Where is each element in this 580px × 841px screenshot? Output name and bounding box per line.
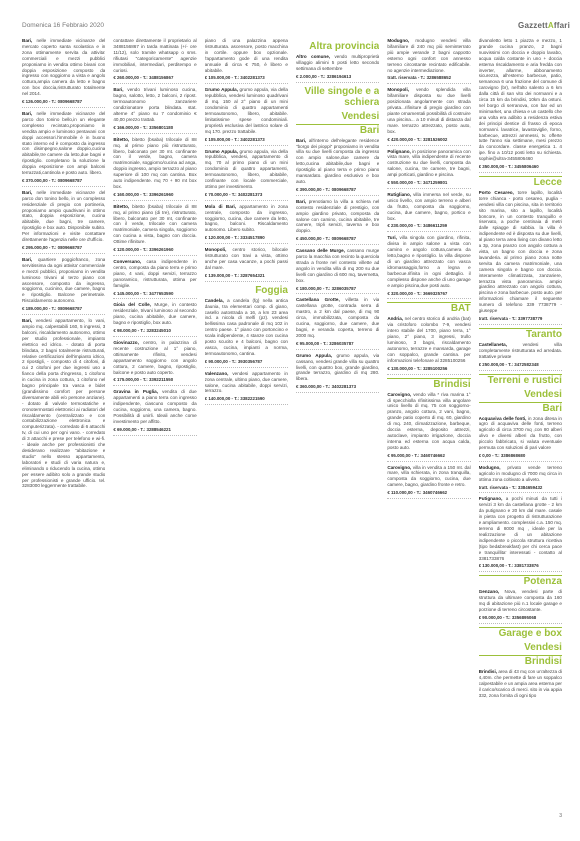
ad-location: Bari, bbox=[22, 111, 32, 116]
ad-text: nel centro storico di andria (bat) via c… bbox=[387, 316, 470, 362]
ad-price-phone: € 2.000,00 - T.: 3286194613 bbox=[296, 74, 379, 83]
ad-body: Castellaneta, vendesi villa completament… bbox=[479, 342, 562, 360]
ad-body: Carovigno, vendo villa * riva marina 1° … bbox=[387, 392, 470, 451]
publication-logo: GazzettAffari bbox=[518, 21, 570, 30]
classified-ad: Grumo Appula, grumo appula, via della re… bbox=[205, 87, 288, 145]
ad-location: Bari, bbox=[296, 199, 306, 204]
classified-ad: Bitetto, bitetto (bsaba) trilocale di 88… bbox=[113, 137, 196, 201]
ad-price-phone: € 260.000,00 - T.: 3488156867 bbox=[113, 75, 196, 84]
classified-ad: Modugno, modugno vendesi villa bifamilia… bbox=[387, 38, 470, 84]
ad-body: Giovinazzo, centro, in palazzina di rece… bbox=[113, 340, 196, 375]
ad-price-phone: € 145.000,00 - T.: 3477653590 bbox=[113, 291, 196, 300]
ad-body: Bari, prenotiamo la villa a schiera nel … bbox=[296, 199, 379, 234]
ad-body: Candela, a candela (fg) nella antica dau… bbox=[205, 298, 288, 357]
ad-price-phone: € 320.000,00 - T.: 3669325767 bbox=[387, 291, 470, 300]
ad-text: grumo appula, via della repubblica, vend… bbox=[205, 149, 288, 189]
ad-price-phone: € 140.000,00 - T.: 3382221590 bbox=[205, 396, 288, 405]
classified-ad: Bari, quartiere poggiofranco, zona servi… bbox=[22, 257, 105, 315]
ad-location: Bari, bbox=[296, 138, 306, 143]
classified-ad: Gioia del Colle, Murge, in contesto resi… bbox=[113, 302, 196, 337]
section-heading: Vendesi bbox=[296, 111, 379, 122]
ad-body: Carovigno, villa in vendita a 150 mt. da… bbox=[387, 465, 470, 489]
classified-ad: Brindisi, area di 43 mq con un'altezza d… bbox=[479, 669, 562, 699]
ad-price-phone: € 230.000,00 - T.: 3486611259 bbox=[387, 223, 470, 232]
issue-date: Domenica 16 Febbraio 2020 bbox=[22, 22, 104, 29]
classified-ad: Acquaviva delle fonti, in zona ditesa in… bbox=[479, 416, 562, 462]
ad-price-phone: € 130.000,00 - T.: 3381733876 bbox=[479, 563, 562, 572]
ad-price-phone: € 189.000,00 - T.: 0809668787 bbox=[22, 306, 105, 315]
ad-text: villa singola con giardino, rifinita, di… bbox=[387, 235, 470, 287]
classified-ad: Cassano delle Murge, cassano murge parco… bbox=[296, 248, 379, 294]
ad-text: prenotiamo la villa a schiera nel contes… bbox=[296, 199, 379, 234]
section-heading: Altra provincia bbox=[296, 41, 379, 52]
ad-price-phone: € 105.000,00 - T.: 3402281373 bbox=[205, 75, 288, 84]
ad-price-phone: € 360.000,00 - T.: 3402281373 bbox=[296, 384, 379, 393]
ad-body: Grumo Appula, grumo appula, via della re… bbox=[205, 149, 288, 190]
ad-location: Bari, bbox=[22, 257, 32, 262]
ad-text: all'interno dell'elegante residence "bor… bbox=[296, 138, 379, 184]
ad-text: vendita di due appartamenti a piano terr… bbox=[113, 389, 196, 424]
ad-body: Brindisi, area di 43 mq con un'altezza d… bbox=[479, 669, 562, 699]
ad-price-phone: € 70.000,00 - T.: 3402281373 bbox=[205, 192, 288, 201]
page-number: 3 bbox=[559, 813, 562, 819]
ad-price-phone: tratt. riservata - T.: 3286588652 bbox=[387, 75, 470, 84]
ad-body: Acquaviva delle fonti, in zona ditesa in… bbox=[479, 416, 562, 451]
ad-location: Monopoli, bbox=[205, 247, 227, 252]
ad-location: Carovigno, bbox=[387, 465, 411, 470]
classified-ad: Bari, nelle immediate vicinanze del parc… bbox=[22, 190, 105, 254]
ad-body: Grumo Appula, grumo appula, via cassano,… bbox=[296, 353, 379, 383]
classified-ad: Castellana Grotte, villetta in via caste… bbox=[296, 297, 379, 349]
ad-location: Bitetto, bbox=[113, 137, 129, 142]
classified-ad: Bari, all'interno dell'elegante residenc… bbox=[296, 138, 379, 196]
ad-location: Modugno, bbox=[479, 465, 501, 470]
ad-price-phone: € 0,00 - T.: 3386868680 bbox=[479, 453, 562, 462]
ad-text: nelle immediate vicinanze del parco don … bbox=[22, 111, 105, 175]
ad-text: quartiere poggiofranco, zona servitissim… bbox=[22, 257, 105, 303]
ad-location: Mola di Bari, bbox=[205, 204, 236, 209]
ad-body: Gioia del Colle, Murge, in contesto resi… bbox=[113, 302, 196, 326]
ad-price-phone: € 370.000,00 - T.: 0809668787 bbox=[22, 178, 105, 187]
classifieds-columns: Bari, nelle immediate vicinanze del merc… bbox=[22, 38, 562, 828]
section-heading: BAT bbox=[387, 302, 470, 314]
ad-body: Mola di Bari, appartamento in zona centr… bbox=[205, 204, 288, 234]
ad-body: Bitetto, bitetto (bsaba) trilocale di 88… bbox=[113, 204, 196, 245]
classified-ad: Bari, nelle immediate vicinanze del parc… bbox=[22, 111, 105, 187]
classified-ad: Rutigliano, villa immersa nel verde, su … bbox=[387, 192, 470, 232]
ad-price-phone: € 390.000,00 - T.: 0809668787 bbox=[296, 187, 379, 196]
section-heading: Brindisi bbox=[479, 655, 562, 667]
ad-price-phone: € 160.000,00 - T.: 3396261960 bbox=[113, 192, 196, 201]
ad-price-phone: € 98.000,00 - T.: 3283245010 bbox=[113, 328, 196, 337]
ad-text: nelle immediate vicinanze del parco don … bbox=[22, 190, 105, 242]
ad-location: Carovigno, bbox=[387, 392, 411, 397]
ad-location: Giovinazzo, bbox=[113, 340, 139, 345]
ad-body: Bari, quartiere poggiofranco, zona servi… bbox=[22, 257, 105, 304]
ad-body: Polignano, in posizione panoramica con v… bbox=[387, 149, 470, 179]
ad-body: Gravina in Puglia, vendita di due appart… bbox=[113, 389, 196, 424]
classified-ad: Genzano, Nova, vendesi parte di struttur… bbox=[479, 589, 562, 624]
ad-price-phone: € 450.000,00 - T.: 0809668787 bbox=[296, 236, 379, 245]
ad-price-phone: € 350.000,00 - T.: 3455806460 bbox=[479, 164, 562, 173]
classified-ad: Giovinazzo, centro, in palazzina di rece… bbox=[113, 340, 196, 386]
ad-body: Altro comune, vendo multiproprietà villa… bbox=[296, 54, 379, 72]
ad-text: piano di una palazzina appena ristruttur… bbox=[205, 38, 288, 73]
section-heading: Brindisi bbox=[387, 378, 470, 390]
column-4: Altra provinciaAltro comune, vendo multi… bbox=[296, 38, 379, 828]
classified-ad: Grumo Appula, grumo appula, via cassano,… bbox=[296, 353, 379, 393]
ad-price-phone: € 550.000,00 - T.: 3471259801 bbox=[387, 180, 470, 189]
classified-ad: Candela, a candela (fg) nella antica dau… bbox=[205, 298, 288, 368]
classified-ad: Bari, nelle immediate vicinanze del merc… bbox=[22, 38, 105, 108]
section-heading: Potenza bbox=[479, 575, 562, 587]
ad-body: piano di una palazzina appena ristruttur… bbox=[205, 38, 288, 73]
ad-body: Porto Cesareo, torre lapillo, località t… bbox=[479, 190, 562, 314]
ad-location: Cassano delle Murge, bbox=[296, 248, 345, 253]
page-header: Domenica 16 Febbraio 2020 GazzettAffari bbox=[22, 22, 570, 34]
section-heading: Vendesi bbox=[479, 642, 562, 653]
classified-ad: Conversano, casa indipendente in centro,… bbox=[113, 259, 196, 299]
ad-location: Valenzano, bbox=[205, 371, 229, 376]
ad-body: Bari, all'interno dell'elegante residenc… bbox=[296, 138, 379, 185]
ad-price-phone: tratt. riservata - T.: 3384659432 bbox=[479, 485, 562, 494]
ad-price-phone: € 120.000,00 - T.: 3334517890 bbox=[205, 235, 288, 244]
ad-text: in zona ditesa in agro di acquaviva dell… bbox=[479, 416, 562, 451]
section-heading: Terreni e rustici bbox=[479, 374, 562, 386]
ad-location: Turi, bbox=[387, 235, 397, 240]
classified-ad: Polignano, in posizione panoramica con v… bbox=[387, 149, 470, 189]
ad-text: vendo villa * riva marina 1° di specchio… bbox=[387, 392, 470, 450]
ad-price-phone: € 69.000,00 - T.: 3288546221 bbox=[113, 427, 196, 436]
ad-location: Rutigliano, bbox=[387, 192, 411, 197]
ad-location: Bari, bbox=[113, 87, 123, 92]
ad-body: contattare direttamente il proprietario … bbox=[113, 38, 196, 73]
ad-price-phone: € 95.000,00 - T.: 3286035787 bbox=[296, 341, 379, 350]
section-heading: Foggia bbox=[205, 285, 288, 296]
ad-body: Bari, nelle immediate vicinanze del parc… bbox=[22, 111, 105, 176]
ad-location: Bari, bbox=[22, 190, 32, 195]
classified-ad: Bari, prenotiamo la villa a schiera nel … bbox=[296, 199, 379, 245]
classified-ad: Modugno, privato vende terreno agricolo … bbox=[479, 465, 562, 494]
ad-price-phone: € 130.000,00 - T.: 3285100256 bbox=[387, 366, 470, 375]
classified-ad: Bari, vendesi appartamento, lo vani, amp… bbox=[22, 318, 105, 489]
classified-ad: Porto Cesareo, torre lapillo, località t… bbox=[479, 190, 562, 325]
ad-location: Bari, bbox=[22, 38, 32, 43]
ad-price-phone: € 139.000,00 - T.: 3287654321 bbox=[205, 273, 288, 282]
ad-text: divanoletto letto 1 piazza e mezzo, 1 gr… bbox=[479, 38, 562, 161]
ad-text: bitetto (bsaba) trilocale di 88 mq, al p… bbox=[113, 204, 196, 244]
ad-location: Porto Cesareo, bbox=[479, 190, 514, 195]
column-2: contattare direttamente il proprietario … bbox=[113, 38, 196, 828]
column-3: piano di una palazzina appena ristruttur… bbox=[205, 38, 288, 828]
section-heading: Taranto bbox=[479, 328, 562, 340]
ad-text: grumo appula, via della repubblica, vend… bbox=[205, 87, 288, 133]
ad-price-phone: € 180.000,00 - T.: 3286035787 bbox=[296, 286, 379, 295]
ad-location: Grumo Appula, bbox=[205, 87, 238, 92]
ad-text: a pochi minuti da tutti i servizi 3 km d… bbox=[479, 496, 562, 560]
ad-body: Conversano, casa indipendente in centro,… bbox=[113, 259, 196, 289]
ad-body: divanoletto letto 1 piazza e mezzo, 1 gr… bbox=[479, 38, 562, 162]
ad-location: Conversano, bbox=[113, 259, 141, 264]
section-heading: Bari bbox=[296, 124, 379, 136]
ad-body: Monopoli, centro storico, bilocale ristr… bbox=[205, 247, 288, 271]
section-heading: Ville singole e a schiera bbox=[296, 86, 379, 108]
classified-ad: Mola di Bari, appartamento in zona centr… bbox=[205, 204, 288, 244]
section-heading: Vendesi bbox=[479, 389, 562, 400]
ad-price-phone: tratt. riservata - T.: 3397738779 bbox=[479, 316, 562, 325]
ad-location: Acquaviva delle fonti, bbox=[479, 416, 527, 421]
classified-ad: Castellaneta, vendesi villa completament… bbox=[479, 342, 562, 371]
ad-body: Valenzano, vendesi appartamento in zona … bbox=[205, 371, 288, 395]
ad-body: Turi, villa singola con giardino, rifini… bbox=[387, 235, 470, 288]
ad-location: Grumo Appula, bbox=[205, 149, 238, 154]
ad-body: Grumo Appula, grumo appula, via della re… bbox=[205, 87, 288, 134]
ad-text: bitetto (bsaba) trilocale di 88 mq. al p… bbox=[113, 137, 196, 189]
ad-price-phone: € 175.000,00 - T.: 3392211550 bbox=[113, 377, 196, 386]
classified-ad: Gravina in Puglia, vendita di due appart… bbox=[113, 389, 196, 435]
ad-price-phone: € 105.000,00 - T.: 3402281373 bbox=[205, 137, 288, 146]
ad-location: Andria, bbox=[387, 316, 403, 321]
ad-price-phone: € 90.000,00 - T.: 3356895068 bbox=[479, 615, 562, 624]
classified-ad: Carovigno, vendo villa * riva marina 1° … bbox=[387, 392, 470, 462]
ad-price-phone: € 166.000,00 - T.: 3356801180 bbox=[113, 125, 196, 134]
ad-body: Bari, vendo trivani luminoso cucina, bag… bbox=[113, 87, 196, 122]
ad-body: Bitetto, bitetto (bsaba) trilocale di 88… bbox=[113, 137, 196, 190]
ad-text: vendo splendida villa bifamiliare dispos… bbox=[387, 87, 470, 133]
ad-body: Bari, nelle immediate vicinanze del merc… bbox=[22, 38, 105, 97]
classified-ad: Bari, vendo trivani luminoso cucina, bag… bbox=[113, 87, 196, 133]
classified-ad: Valenzano, vendesi appartamento in zona … bbox=[205, 371, 288, 406]
classified-ad: contattare direttamente il proprietario … bbox=[113, 38, 196, 84]
classified-ad: piano di una palazzina appena ristruttur… bbox=[205, 38, 288, 84]
ad-price-phone: € 110.000,00 - T.: 3460746662 bbox=[387, 490, 470, 499]
ad-price-phone: € 90.000,00 - T.: 3930356787 bbox=[205, 359, 288, 368]
ad-text: vendo trivani luminoso cucina, bagno, sa… bbox=[113, 87, 196, 122]
ad-body: Bari, vendesi appartamento, lo vani, amp… bbox=[22, 318, 105, 489]
column-1: Bari, nelle immediate vicinanze del merc… bbox=[22, 38, 105, 828]
ad-text: villetta in via castellana grotte, contr… bbox=[296, 297, 379, 337]
classified-ad: Putignano, a pochi minuti da tutti i ser… bbox=[479, 496, 562, 572]
ad-location: Bari, bbox=[22, 318, 32, 323]
ad-body: Bari, nelle immediate vicinanze del parc… bbox=[22, 190, 105, 243]
ad-text: nelle immediate vicinanze del mercato co… bbox=[22, 38, 105, 96]
ad-body: Genzano, Nova, vendesi parte di struttur… bbox=[479, 589, 562, 613]
ad-text: a candela (fg) nella antica daunia, tra … bbox=[205, 298, 288, 356]
ad-body: Putignano, a pochi minuti da tutti i ser… bbox=[479, 496, 562, 561]
column-6: divanoletto letto 1 piazza e mezzo, 1 gr… bbox=[479, 38, 562, 828]
ad-body: Cassano delle Murge, cassano murge parco… bbox=[296, 248, 379, 283]
ad-location: Gravina in Puglia, bbox=[113, 389, 158, 394]
ad-location: Brindisi, bbox=[479, 669, 497, 674]
ad-location: Grumo Appula, bbox=[296, 353, 332, 358]
section-heading: Garage e box bbox=[479, 627, 562, 639]
ad-location: Bitetto, bbox=[113, 204, 129, 209]
ad-location: Gioia del Colle, bbox=[113, 302, 151, 307]
section-heading: Lecce bbox=[479, 176, 562, 188]
classified-ad: Grumo Appula, grumo appula, via della re… bbox=[205, 149, 288, 201]
ad-price-phone: € 420.000,00 - T.: 3281526002 bbox=[387, 137, 470, 146]
ad-location: Polignano, bbox=[387, 149, 410, 154]
classified-ad: Monopoli, vendo splendida villa bifamili… bbox=[387, 87, 470, 145]
ad-location: Castellaneta, bbox=[479, 342, 507, 347]
classified-ad: Monopoli, centro storico, bilocale ristr… bbox=[205, 247, 288, 282]
ad-location: Castellana Grotte, bbox=[296, 297, 340, 302]
ad-body: Modugno, modugno vendesi villa bifamilia… bbox=[387, 38, 470, 73]
ad-body: Modugno, privato vende terreno agricolo … bbox=[479, 465, 562, 483]
ad-price-phone: € 126.000,00 - T.: 0809668787 bbox=[22, 99, 105, 108]
ad-price-phone: € 250.000,00 - T.: 3472582348 bbox=[479, 362, 562, 371]
ad-body: Castellana Grotte, villetta in via caste… bbox=[296, 297, 379, 338]
classified-ad: Carovigno, villa in vendita a 150 mt. da… bbox=[387, 465, 470, 500]
ad-location: Candela, bbox=[205, 298, 224, 303]
ad-text: modugno vendesi villa bifamiliare di 240… bbox=[387, 38, 470, 73]
section-heading: Bari bbox=[479, 402, 562, 414]
ad-body: Monopoli, vendo splendida villa bifamili… bbox=[387, 87, 470, 134]
ad-body: Rutigliano, villa immersa nel verde, su … bbox=[387, 192, 470, 222]
ad-location: Putignano, bbox=[479, 496, 503, 501]
classified-ad: Andria, nel centro storico di andria (ba… bbox=[387, 316, 470, 374]
ad-price-phone: € 95.000,00 - T.: 3460746662 bbox=[387, 453, 470, 462]
ad-price-phone: € 120.000,00 - T.: 3396261960 bbox=[113, 247, 196, 256]
ad-location: Altro comune, bbox=[296, 54, 330, 59]
classified-ad: Bitetto, bitetto (bsaba) trilocale di 88… bbox=[113, 204, 196, 256]
ad-location: Monopoli, bbox=[387, 87, 409, 92]
ad-text: torre lapillo, località torre chianca - … bbox=[479, 190, 562, 313]
ad-body: Andria, nel centro storico di andria (ba… bbox=[387, 316, 470, 363]
ad-location: Modugno, bbox=[387, 38, 409, 43]
classified-ad: divanoletto letto 1 piazza e mezzo, 1 gr… bbox=[479, 38, 562, 173]
ad-location: Genzano, bbox=[479, 589, 500, 594]
classified-ad: Turi, villa singola con giardino, rifini… bbox=[387, 235, 470, 299]
ad-price-phone: € 295.000,00 - T.: 0809668787 bbox=[22, 245, 105, 254]
ad-text: cassano murge parco la macchia con recin… bbox=[296, 248, 379, 283]
classified-ad: Altro comune, vendo multiproprietà villa… bbox=[296, 54, 379, 83]
ad-text: contattare direttamente il proprietario … bbox=[113, 38, 196, 73]
ad-text: vendesi appartamento, lo vani, ampio mq.… bbox=[22, 318, 105, 488]
column-5: Modugno, modugno vendesi villa bifamilia… bbox=[387, 38, 470, 828]
ad-text: centro, in palazzina di recente costruzi… bbox=[113, 340, 196, 375]
